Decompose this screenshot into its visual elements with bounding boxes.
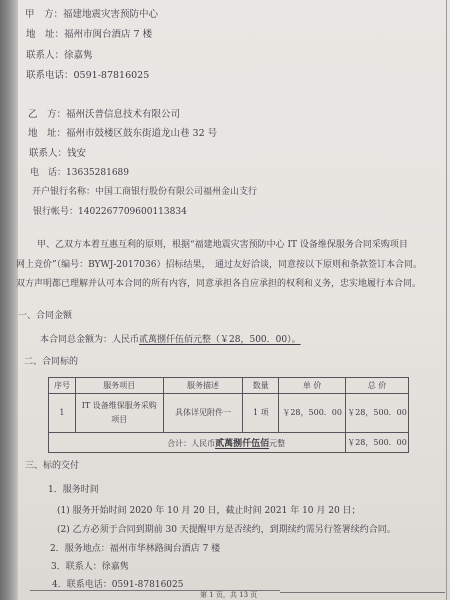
item-line-1: IT 设备维保服务采购 bbox=[76, 399, 163, 413]
value: 13635281689 bbox=[66, 168, 129, 178]
label: 地 址： bbox=[26, 29, 64, 40]
value: 福州市闽台酒店 7 楼 bbox=[64, 29, 152, 40]
section-2-title: 二、合同标的 bbox=[24, 356, 78, 368]
header-quantity: 数量 bbox=[243, 378, 279, 394]
table-row: 1 IT 设备维保服务采购项目 具体详见附件一 1 项 ￥28，500．00 ￥… bbox=[49, 394, 409, 433]
preamble-line-2: 网上竞价”（编号：BYWJ-2017036）招标结果， 通过友好洽谈，同意按以下… bbox=[16, 259, 422, 271]
label: 电 话： bbox=[30, 168, 66, 178]
total-prefix: 合计：人民币 bbox=[167, 439, 215, 448]
value: 中国工商银行股份有限公司福州金山支行 bbox=[95, 187, 257, 197]
party-b-bank: 开户银行名称：中国工商银行股份有限公司福州金山支行 bbox=[32, 186, 257, 198]
total-suffix: 元整 bbox=[269, 439, 285, 448]
header-description: 服务描述 bbox=[163, 378, 243, 394]
party-b-contact: 联系人：钱安 bbox=[29, 148, 86, 160]
service-time-period: (1) 服务开始时间 2020 年 10 月 20 日，截止时间 2021 年 … bbox=[57, 505, 361, 517]
value: 福建地震灾害预防中心 bbox=[63, 9, 158, 20]
value: 福州市鼓楼区鼓东街道龙山巷 32 号 bbox=[66, 128, 217, 139]
cell-no: 1 bbox=[49, 394, 76, 433]
service-location: 2．服务地点：福州市华林路闽台酒店 7 楼 bbox=[50, 543, 220, 555]
label: 银行帐号： bbox=[33, 207, 78, 217]
total-words: 贰萬捌仟伍佰 bbox=[215, 439, 269, 449]
header-item: 服务项目 bbox=[75, 378, 163, 394]
label: 乙 方： bbox=[28, 109, 66, 120]
cell-unit-price: ￥28，500．00 bbox=[279, 394, 346, 433]
value: 福州沃普信息技术有限公司 bbox=[66, 109, 180, 120]
preamble-line-1: 甲、乙双方本着互惠互利的原则，根据“福建地震灾害预防中心 IT 设备维保服务合同… bbox=[37, 239, 408, 251]
contract-amount: 本合同总金额为：人民币贰萬捌仟伍佰元整（￥28，500．00）。 bbox=[40, 334, 301, 346]
cell-item: IT 设备维保服务采购项目 bbox=[75, 394, 163, 433]
cell-description: 具体详见附件一 bbox=[163, 394, 243, 433]
label: 联系人： bbox=[29, 148, 67, 159]
label: 联系人： bbox=[26, 50, 64, 61]
value: 0591-87816025 bbox=[74, 70, 150, 81]
section-1-title: 一、合同金额 bbox=[18, 310, 72, 322]
item-line-2: 项目 bbox=[76, 413, 163, 427]
service-contact: 3．联系人：徐嘉隽 bbox=[51, 561, 129, 573]
page-edge-line bbox=[446, 0, 447, 600]
label: 本合同总金额为：人民币 bbox=[40, 335, 139, 345]
value: 钱安 bbox=[67, 148, 86, 159]
party-a-phone: 联系电话：0591-87816025 bbox=[26, 70, 149, 82]
table-total-row: 合计：人民币贰萬捌仟伍佰元整 ￥28，500．00 bbox=[49, 433, 409, 453]
table-header-row: 序号 服务项目 服务描述 数量 单 价 总 价 bbox=[49, 378, 409, 394]
header-unit-price: 单 价 bbox=[279, 378, 346, 394]
cell-total-price: ￥28，500．00 bbox=[346, 394, 409, 433]
party-a-address: 地 址：福州市闽台酒店 7 楼 bbox=[26, 29, 152, 41]
party-b-account: 银行帐号：1402267709600113834 bbox=[33, 206, 187, 218]
total-value: ￥28，500．00 bbox=[346, 433, 409, 453]
party-b-phone: 电 话：13635281689 bbox=[30, 167, 129, 179]
label: 开户银行名称： bbox=[32, 187, 95, 197]
label: 联系电话： bbox=[26, 70, 74, 81]
total-label: 合计：人民币贰萬捌仟伍佰元整 bbox=[49, 433, 346, 453]
service-time-label: 1．服务时间 bbox=[48, 484, 99, 496]
value: 徐嘉隽 bbox=[64, 50, 93, 61]
header-no: 序号 bbox=[49, 378, 76, 394]
page-binding-shadow bbox=[0, 0, 20, 600]
party-b-name: 乙 方：福州沃普信息技术有限公司 bbox=[28, 109, 180, 121]
preamble-line-3: 双方声明都已理解并认可本合同的所有内容，同意承担各自应承担的权利和义务，忠实地履… bbox=[16, 278, 421, 290]
party-b-address: 地 址：福州市鼓楼区鼓东街道龙山巷 32 号 bbox=[28, 128, 217, 140]
party-a-name: 甲 方：福建地震灾害预防中心 bbox=[25, 9, 158, 21]
cell-quantity: 1 项 bbox=[243, 394, 279, 433]
section-3-title: 三、标的交付 bbox=[25, 460, 79, 472]
value: 1402267709600113834 bbox=[78, 207, 187, 217]
footer-divider-2 bbox=[280, 592, 445, 593]
label: 甲 方： bbox=[25, 9, 63, 20]
label: 地 址： bbox=[28, 128, 66, 139]
party-a-contact: 联系人：徐嘉隽 bbox=[26, 50, 93, 62]
contract-items-table: 序号 服务项目 服务描述 数量 单 价 总 价 1 IT 设备维保服务采购项目 … bbox=[48, 377, 409, 453]
service-time-renewal: (2) 乙方必须于合同到期前 30 天提醒甲方是否续约，到期续约需另行签署续约合… bbox=[57, 524, 396, 536]
header-total-price: 总 价 bbox=[346, 378, 409, 394]
amount-value: 贰萬捌仟伍佰元整（￥28，500．00）。 bbox=[139, 335, 301, 345]
page-number: 第 1 页，共 13 页 bbox=[200, 590, 257, 600]
